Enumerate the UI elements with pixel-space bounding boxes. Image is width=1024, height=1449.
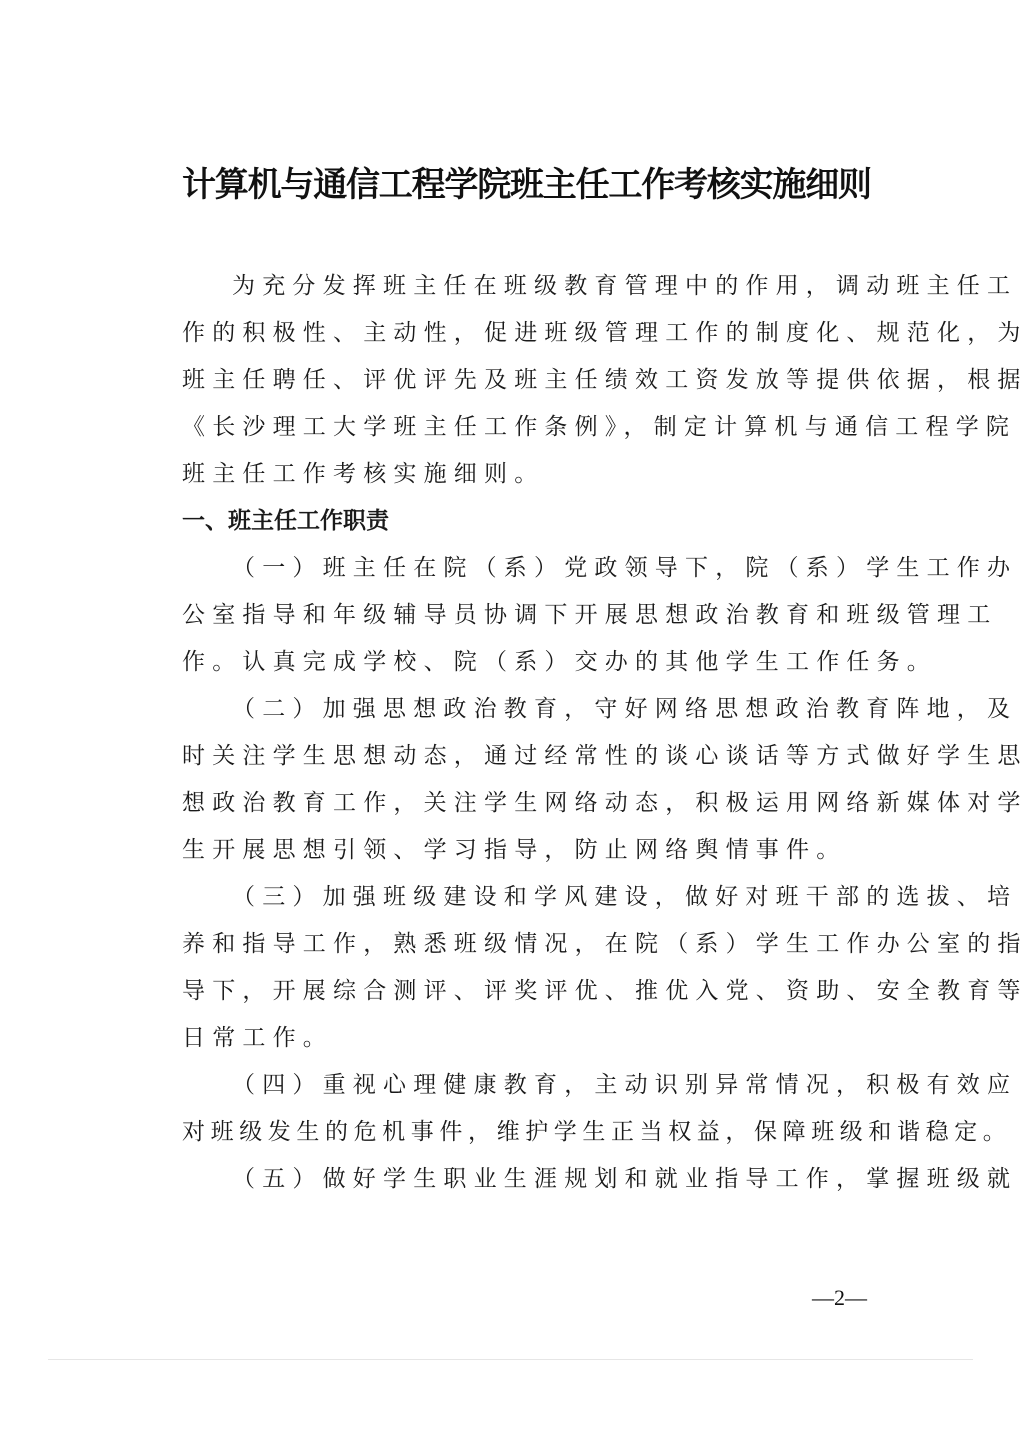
intro-paragraph: 为充分发挥班主任在班级教育管理中的作用，调动班主任工 作的积极性、主动性，促进班… [182,266,890,501]
text-line: （一）班主任在院（系）党政领导下，院（系）学生工作办 [182,548,890,595]
page-number: —2— [812,1285,867,1311]
text-line: 作的积极性、主动性，促进班级管理工作的制度化、规范化，为 [182,313,890,360]
text-line: 为充分发挥班主任在班级教育管理中的作用，调动班主任工 [182,266,890,313]
text-line: 公室指导和年级辅导员协调下开展思想政治教育和班级管理工 [182,595,890,642]
paragraph-item-1: （一）班主任在院（系）党政领导下，院（系）学生工作办 公室指导和年级辅导员协调下… [182,548,890,689]
text-line: 时关注学生思想动态，通过经常性的谈心谈话等方式做好学生思 [182,736,890,783]
document-title: 计算机与通信工程学院班主任工作考核实施细则 [182,163,887,207]
page-edge-divider [48,1359,973,1360]
text-line: （四）重视心理健康教育，主动识别异常情况，积极有效应 [182,1065,890,1112]
text-line: 日常工作。 [182,1018,890,1065]
text-line: 导下，开展综合测评、评奖评优、推优入党、资助、安全教育等 [182,971,890,1018]
text-line: 养和指导工作，熟悉班级情况，在院（系）学生工作办公室的指 [182,924,890,971]
text-line: （三）加强班级建设和学风建设，做好对班干部的选拔、培 [182,877,890,924]
text-line: （二）加强思想政治教育，守好网络思想政治教育阵地，及 [182,689,890,736]
paragraph-item-4: （四）重视心理健康教育，主动识别异常情况，积极有效应 对班级发生的危机事件，维护… [182,1065,890,1159]
text-line: 班主任工作考核实施细则。 [182,454,890,501]
paragraph-item-2: （二）加强思想政治教育，守好网络思想政治教育阵地，及 时关注学生思想动态，通过经… [182,689,890,877]
text-line: 作。认真完成学校、院（系）交办的其他学生工作任务。 [182,642,890,689]
text-line: 想政治教育工作，关注学生网络动态，积极运用网络新媒体对学 [182,783,890,830]
paragraph-item-5: （五）做好学生职业生涯规划和就业指导工作，掌握班级就 [182,1159,890,1206]
text-line: 生开展思想引领、学习指导，防止网络舆情事件。 [182,830,890,877]
paragraph-item-3: （三）加强班级建设和学风建设，做好对班干部的选拔、培 养和指导工作，熟悉班级情况… [182,877,890,1065]
document-body: 为充分发挥班主任在班级教育管理中的作用，调动班主任工 作的积极性、主动性，促进班… [182,266,890,1206]
text-line: （五）做好学生职业生涯规划和就业指导工作，掌握班级就 [182,1159,890,1206]
text-line: 班主任聘任、评优评先及班主任绩效工资发放等提供依据，根据 [182,360,890,407]
text-line: 《长沙理工大学班主任工作条例》，制定计算机与通信工程学院 [182,407,890,454]
section-heading: 一、班主任工作职责 [182,501,890,548]
text-line: 对班级发生的危机事件，维护学生正当权益，保障班级和谐稳定。 [182,1112,890,1159]
